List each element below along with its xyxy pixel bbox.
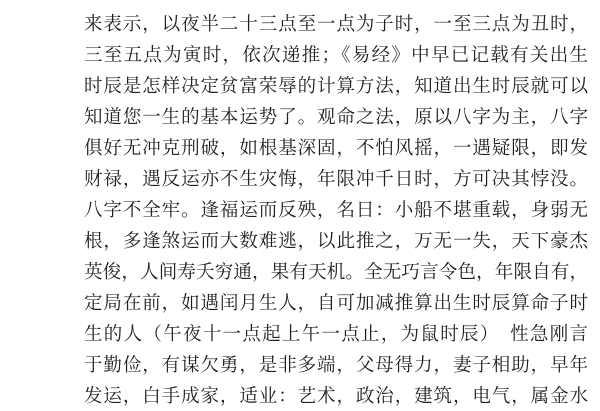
text-line: 根，多逢煞运而大数难逃，以此推之，万无一失，天下豪杰 [84, 225, 588, 256]
text-line: 来表示，以夜半二十三点至一点为子时，一至三点为丑时， [84, 8, 588, 39]
text-line: 于勤俭，有谋欠勇，是非多端，父母得力，妻子相助，早年 [84, 349, 588, 380]
text-line: 俱好无冲克刑破，如根基深固，不怕风摇，一遇疑限，即发 [84, 132, 588, 163]
text-line: 八字不全牢。逢福运而反殃，名日：小船不堪重载，身弱无 [84, 194, 588, 225]
text-line: 知道您一生的基本运势了。观命之法，原以八字为主，八字 [84, 101, 588, 132]
text-line: 定局在前，如遇闰月生人，自可加减推算出生时辰算命子时 [84, 287, 588, 318]
text-line: 发运，白手成家，适业：艺术，政治，建筑，电气，属金水 [84, 380, 588, 400]
document-page: 来表示，以夜半二十三点至一点为子时，一至三点为丑时， 三至五点为寅时，依次递推；… [84, 8, 588, 400]
text-line: 财禄，遇反运亦不生灾悔，年限冲千日时，方可决其悖没。 [84, 163, 588, 194]
text-line: 三至五点为寅时，依次递推；《易经》中早已记载有关出生 [84, 39, 588, 70]
text-line: 时辰是怎样决定贫富荣辱的计算方法，知道出生时辰就可以 [84, 70, 588, 101]
text-line: 英俊，人间寿夭穷通，果有天机。全无巧言令色，年限自有， [84, 256, 588, 287]
text-line: 生的人（午夜十一点起上午一点止，为鼠时辰） 性急刚言 [84, 318, 588, 349]
